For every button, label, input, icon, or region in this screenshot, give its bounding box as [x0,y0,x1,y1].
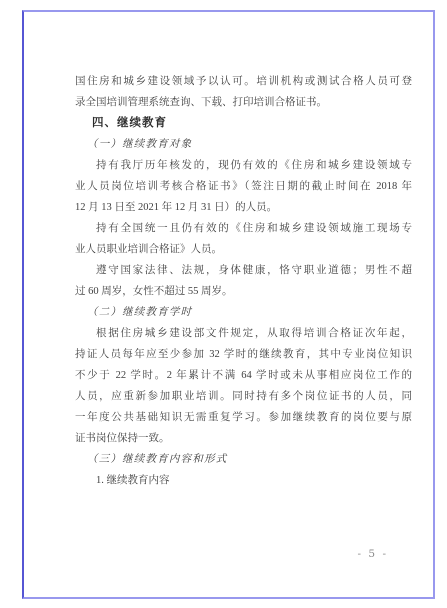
subsection-heading: （一）继续教育对象 [75,134,412,155]
text-line: 录全国培训管理系统查询、下载、打印培训合格证书。 [75,92,412,113]
text-line: 根据住房城乡建设部文件规定，从取得培训合格证次年起， [75,323,412,344]
document-page: 国住房和城乡建设领域予以认可。培训机构或测试合格人员可登录全国培训管理系统查询、… [22,10,435,599]
text-line: 过 60 周岁，女性不超过 55 周岁。 [75,281,412,302]
text-line: 国住房和城乡建设领域予以认可。培训机构或测试合格人员可登 [75,71,412,92]
text-line: 持有全国统一且仍有效的《住房和城乡建设领域施工现场专 [75,218,412,239]
scanned-document-viewport: { "page": { "number_label": "- 5 -", "bo… [0,0,447,608]
text-line: 人员，应重新参加职业培训。同时持有多个岗位证书的人员，同 [75,386,412,407]
text-line: 一年度公共基础知识无需重复学习。参加继续教育的岗位要与原 [75,407,412,428]
subsection-heading: （三）继续教育内容和形式 [75,449,412,470]
section-heading: 四、继续教育 [75,113,412,134]
text-line: 遵守国家法律、法规，身体健康，恪守职业道德；男性不超 [75,260,412,281]
text-line: 业人员职业培训合格证》人员。 [75,239,412,260]
text-line: 12 月 13 日至 2021 年 12 月 31 日）的人员。 [75,197,412,218]
text-line: 不少于 22 学时。2 年累计不满 64 学时或未从事相应岗位工作的 [75,365,412,386]
text-line: 持证人员每年应至少参加 32 学时的继续教育，其中专业岗位知识 [75,344,412,365]
numbered-item: 1. 继续教育内容 [75,470,412,491]
text-line: 业人员岗位培训考核合格证书》（签注日期的截止时间在 2018 年 [75,176,412,197]
text-line: 持有我厅历年核发的，现仍有效的《住房和城乡建设领域专 [75,155,412,176]
document-body: 国住房和城乡建设领域予以认可。培训机构或测试合格人员可登录全国培训管理系统查询、… [75,71,412,491]
subsection-heading: （二）继续教育学时 [75,302,412,323]
page-number: - 5 - [358,548,388,560]
text-line: 证书岗位保持一致。 [75,428,412,449]
